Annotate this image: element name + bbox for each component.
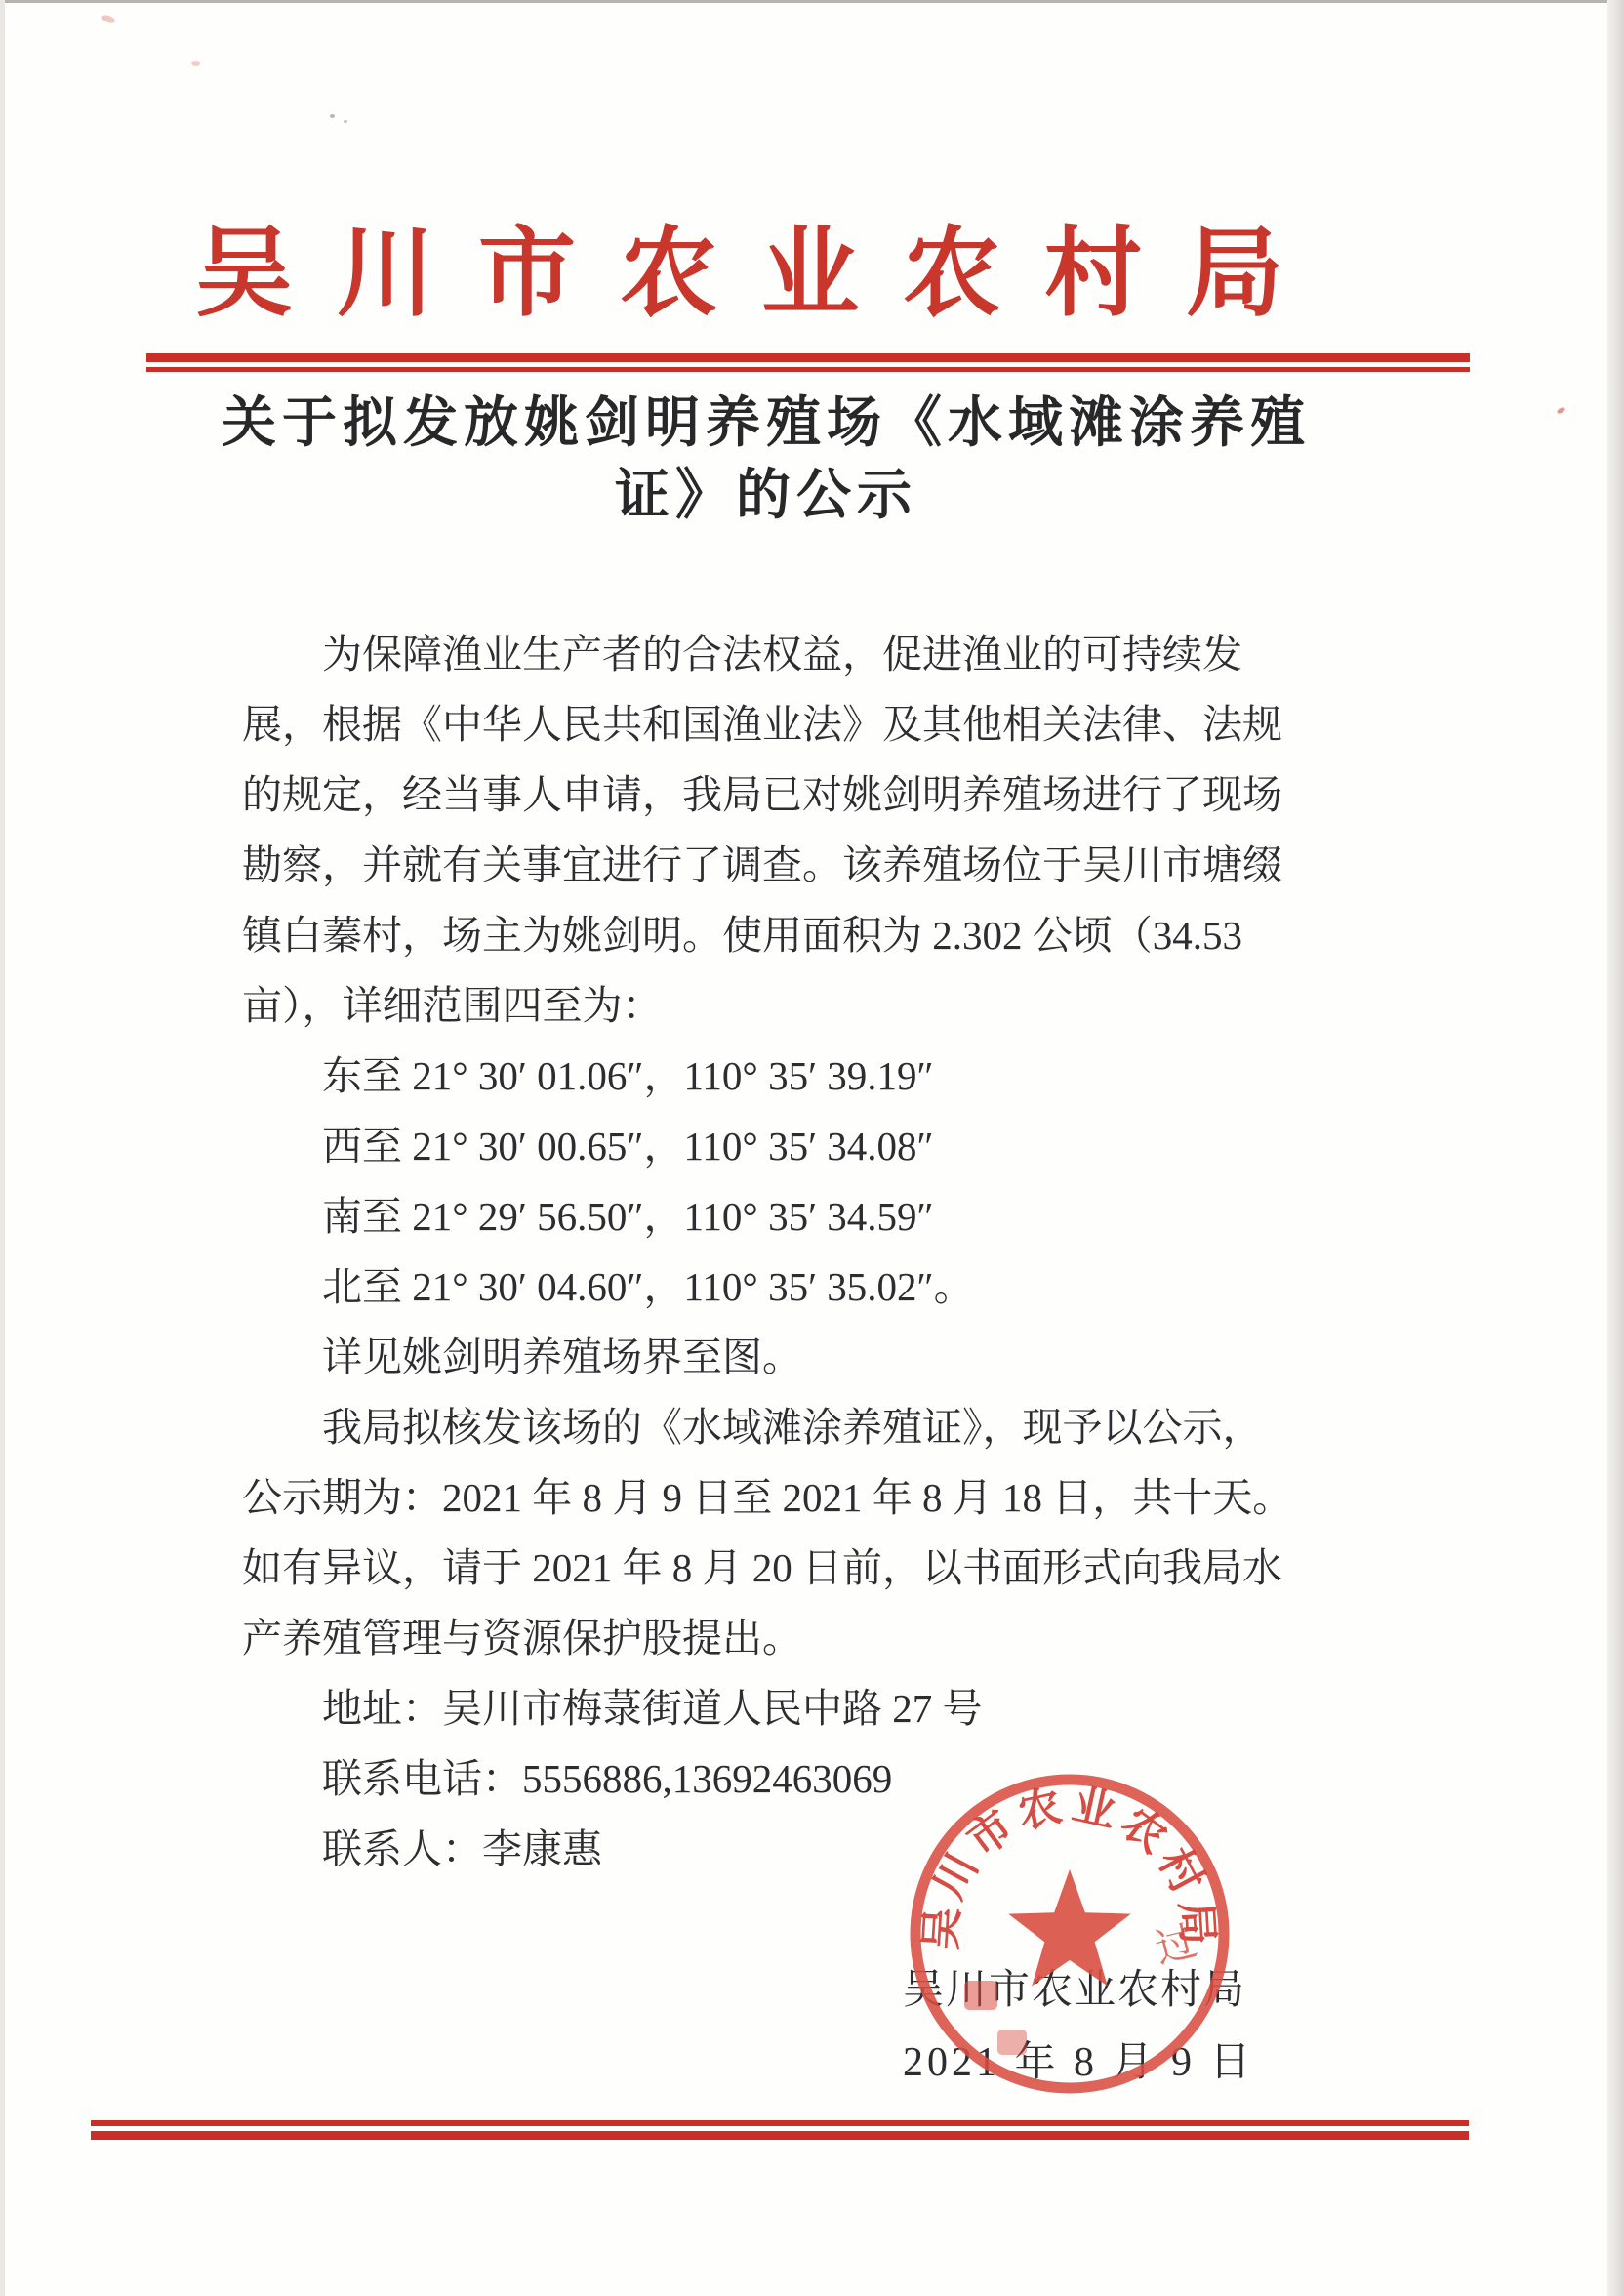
text-line: 如有异议，请于 2021 年 8 月 20 日前，以书面形式向我局水 [242, 1533, 1325, 1603]
text-line: 东至 21° 30′ 01.06″，110° 35′ 39.19″ [242, 1041, 1325, 1111]
scan-speck [1556, 406, 1565, 415]
scan-speck [191, 61, 200, 66]
text-line: 地址：吴川市梅菉街道人民中路 27 号 [242, 1673, 1325, 1743]
footer-rule-thin [91, 2120, 1469, 2126]
notice-body: 为保障渔业生产者的合法权益，促进渔业的可持续发展，根据《中华人民共和国渔业法》及… [242, 619, 1325, 1884]
text-line: 西至 21° 30′ 00.65″，110° 35′ 34.08″ [242, 1111, 1325, 1181]
text-line: 亩），详细范围四至为： [242, 970, 1325, 1041]
letterhead-rule-thick [146, 353, 1470, 362]
paragraph-intro: 为保障渔业生产者的合法权益，促进渔业的可持续发展，根据《中华人民共和国渔业法》及… [242, 619, 1325, 1041]
notice-title-line2: 证》的公示 [112, 459, 1420, 531]
paragraph-public-notice: 我局拟核发该场的《水域滩涂养殖证》，现予以公示，公示期为：2021 年 8 月 … [242, 1392, 1325, 1673]
text-line: 南至 21° 29′ 56.50″，110° 35′ 34.59″ [242, 1181, 1325, 1251]
text-line: 公示期为：2021 年 8 月 9 日至 2021 年 8 月 18 日，共十天… [242, 1462, 1325, 1533]
letterhead-rule-thin [146, 367, 1470, 372]
text-line: 勘察，并就有关事宜进行了调查。该养殖场位于吴川市塘缀 [242, 830, 1325, 900]
text-line: 我局拟核发该场的《水域滩涂养殖证》，现予以公示， [242, 1392, 1325, 1462]
scan-edge-top [0, 0, 1624, 3]
boundary-coordinates: 东至 21° 30′ 01.06″，110° 35′ 39.19″ 西至 21°… [242, 1041, 1325, 1392]
agency-letterhead: 吴川市农业农村局 [0, 221, 1522, 328]
notice-title-line1: 关于拟发放姚剑明养殖场《水域滩涂养殖 [112, 387, 1420, 459]
scan-edge-left [0, 0, 5, 2296]
scan-speck [101, 14, 116, 24]
seal-star-icon [1008, 1869, 1131, 1986]
scan-speck [330, 114, 335, 118]
text-line: 镇白蓁村，场主为姚剑明。使用面积为 2.302 公顷（34.53 [242, 900, 1325, 970]
text-line: 产养殖管理与资源保护股提出。 [242, 1603, 1325, 1673]
scan-speck [344, 120, 347, 123]
seal-smudge [964, 1981, 997, 2010]
notice-title: 关于拟发放姚剑明养殖场《水域滩涂养殖 证》的公示 [112, 387, 1420, 531]
footer-rule-thick [91, 2131, 1469, 2140]
text-line: 为保障渔业生产者的合法权益，促进渔业的可持续发 [242, 619, 1325, 689]
text-line: 展，根据《中华人民共和国渔业法》及其他相关法律、法规 [242, 689, 1325, 759]
text-line: 北至 21° 30′ 04.60″，110° 35′ 35.02″。 [242, 1251, 1325, 1322]
text-line: 详见姚剑明养殖场界至图。 [242, 1322, 1325, 1392]
scan-edge-right [1607, 0, 1624, 2296]
official-seal: 吴川市农业农村局 过 [904, 1768, 1236, 2100]
scanned-notice-page: 吴川市农业农村局 关于拟发放姚剑明养殖场《水域滩涂养殖 证》的公示 为保障渔业生… [0, 0, 1624, 2296]
text-line: 的规定，经当事人申请，我局已对姚剑明养殖场进行了现场 [242, 759, 1325, 830]
seal-smudge [997, 2029, 1027, 2055]
